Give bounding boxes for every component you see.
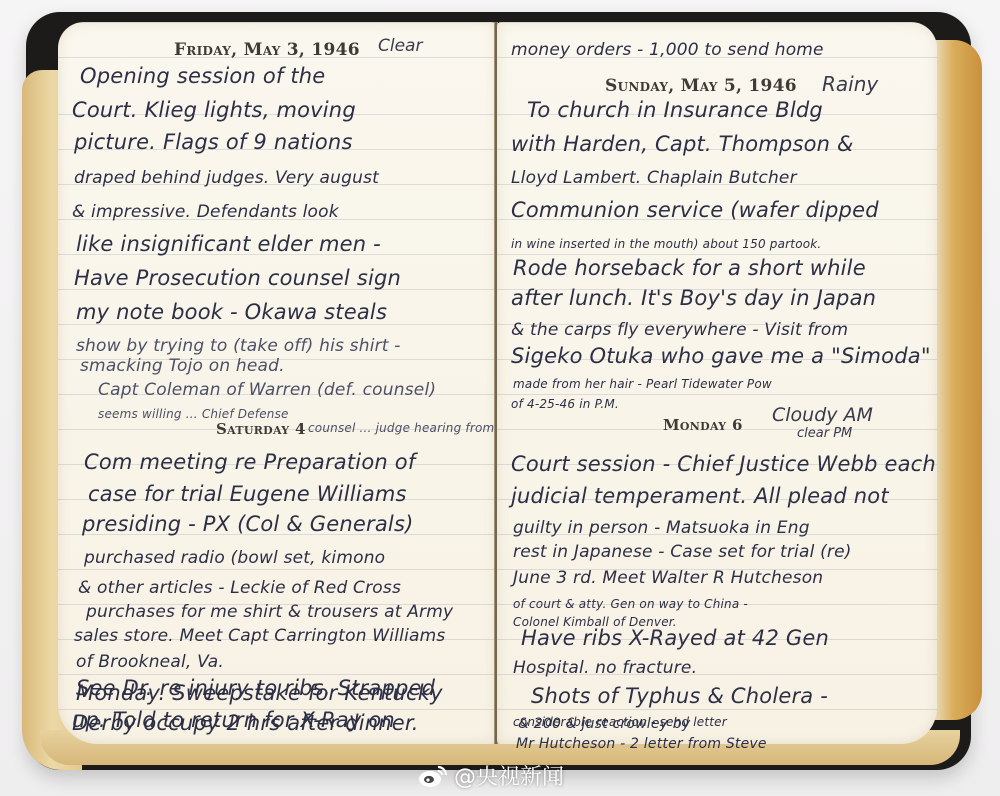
handwritten-line: guilty in person - Matsuoka in Eng — [513, 518, 810, 538]
monday-heading: Monday 6 — [663, 416, 743, 434]
saturday-heading: Saturday 4 — [216, 420, 306, 438]
handwritten-line: in wine inserted in the mouth) about 150… — [511, 234, 821, 254]
handwritten-line: with Harden, Capt. Thompson & — [511, 134, 854, 154]
monday-weather-am: Cloudy AM — [772, 404, 873, 426]
handwritten-line: Lloyd Lambert. Chaplain Butcher — [511, 168, 797, 188]
handwritten-line: Mr Hutcheson - 2 letter from Steve — [516, 734, 767, 754]
handwritten-line: of court & atty. Gen on way to China - — [513, 594, 748, 614]
handwritten-line: judicial temperament. All plead not — [511, 486, 889, 506]
handwritten-line: & other articles - Leckie of Red Cross — [78, 578, 401, 598]
friday-heading: Friday, May 3, 1946 — [174, 40, 360, 60]
handwritten-line: & the carps fly everywhere - Visit from — [511, 320, 848, 340]
weibo-icon — [418, 764, 448, 788]
handwritten-line: Sigeko Otuka who gave me a "Simoda" — [511, 346, 931, 366]
handwritten-line: sales store. Meet Capt Carrington Willia… — [74, 626, 445, 646]
handwritten-line: Rode horseback for a short while — [513, 258, 866, 278]
handwritten-line: case for trial Eugene Williams — [88, 484, 407, 504]
handwritten-line: Capt Coleman of Warren (def. counsel) — [98, 380, 436, 400]
handwritten-line: purchased radio (bowl set, kimono — [84, 548, 385, 568]
handwritten-line: of 4-25-46 in P.M. — [511, 394, 619, 414]
handwritten-line: show by trying to (take off) his shirt - — [76, 336, 401, 356]
watermark: @央视新闻 — [418, 760, 564, 791]
sunday-heading: Sunday, May 5, 1946 — [605, 76, 797, 96]
handwritten-line: Hospital. no fracture. — [513, 658, 697, 678]
handwritten-line: smacking Tojo on head. — [80, 356, 285, 376]
sunday-weather: Rainy — [822, 72, 878, 96]
handwritten-line: Have Prosecution counsel sign — [74, 268, 401, 288]
handwritten-line: picture. Flags of 9 nations — [74, 132, 353, 152]
monday-weather-pm: clear PM — [797, 426, 852, 441]
watermark-text: @央视新闻 — [454, 760, 564, 791]
handwritten-line: Have ribs X-Rayed at 42 Gen — [521, 628, 829, 648]
handwritten-line: Monday. Sweepstake for Kentucky — [76, 683, 443, 703]
friday-weather: Clear — [378, 36, 422, 56]
handwritten-line: of Brookneal, Va. — [76, 652, 224, 672]
diary-page-left: Friday, May 3, 1946 Clear Opening sessio… — [58, 22, 496, 744]
handwritten-line: money orders - 1,000 to send home — [511, 40, 824, 60]
handwritten-line: Court. Klieg lights, moving — [72, 100, 356, 120]
photo-stage: Friday, May 3, 1946 Clear Opening sessio… — [0, 0, 1000, 796]
handwritten-line: rest in Japanese - Case set for trial (r… — [513, 542, 852, 562]
handwritten-line: June 3 rd. Meet Walter R Hutcheson — [513, 568, 823, 588]
handwritten-line: Court session - Chief Justice Webb each — [511, 454, 936, 474]
handwritten-line: Communion service (wafer dipped — [511, 200, 879, 220]
handwritten-line: after lunch. It's Boy's day in Japan — [511, 288, 876, 308]
handwritten-line: presiding - PX (Col & Generals) — [82, 514, 413, 534]
handwritten-line: purchases for me shirt & trousers at Arm… — [86, 602, 453, 622]
handwritten-line: & impressive. Defendants look — [72, 202, 339, 222]
handwritten-line: Shots of Typhus & Cholera - — [531, 686, 828, 706]
page-edge-right — [930, 40, 982, 720]
handwritten-line: Com meeting re Preparation of — [84, 452, 415, 472]
handwritten-line: draped behind judges. Very august — [74, 168, 379, 188]
handwritten-line: To church in Insurance Bldg — [527, 100, 823, 120]
handwritten-line: made from her hair - Pearl Tidewater Pow — [513, 374, 772, 394]
handwritten-line: counsel ... judge hearing from Shanghai — [308, 418, 496, 438]
handwritten-line: my note book - Okawa steals — [76, 302, 387, 322]
handwritten-line: & 200 & just crowley by — [518, 714, 690, 734]
handwritten-line: Derby occupy 2 hrs after dinner. — [72, 713, 419, 733]
handwritten-line: like insignificant elder men - — [76, 234, 381, 254]
diary-page-right: money orders - 1,000 to send home Sunday… — [497, 22, 937, 744]
handwritten-line: Opening session of the — [80, 66, 325, 86]
